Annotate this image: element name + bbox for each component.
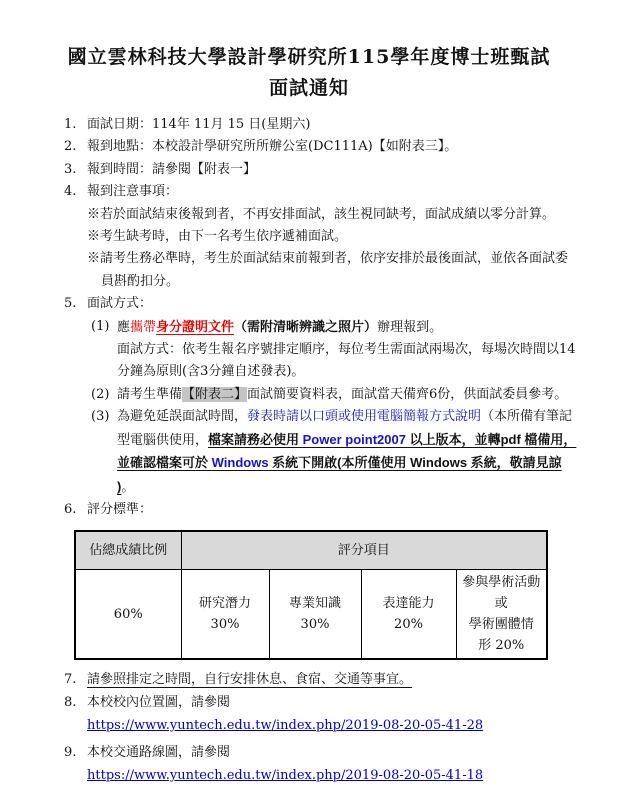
notice-document: 國立雲林科技大學設計學研究所115學年度博士班甄試 面試通知 1. 面試日期：1…	[0, 0, 618, 800]
id-document-line: 應攜帶身分證明文件（需附清晰辨識之照片）辦理報到。	[117, 316, 580, 339]
header-total-ratio: 佔總成績比例	[75, 531, 181, 570]
list-item-7: 7. 請參照排定之時間，自行安排休息、食宿、交通等事宜。	[64, 669, 580, 691]
cell-academic-activities: 參與學術活動或 學術團體情 形 20%	[456, 570, 547, 660]
list-item-1: 1. 面試日期：114年 11月 15 日(星期六)	[64, 114, 580, 136]
campus-map-link[interactable]: https://www.yuntech.edu.tw/index.php/201…	[87, 718, 483, 733]
traffic-route-label: 本校交通路線圖，請參閱	[87, 742, 580, 764]
interview-method-label: 面試方式：	[87, 293, 580, 315]
campus-map-label: 本校校內位置圖，請參閱	[87, 692, 580, 714]
attachment2-line: 請考生準備【附表二】面試簡要資料表，面試當天備齊6份，供面試委員參考。	[117, 384, 580, 406]
list-item-2: 2. 報到地點：本校設計學研究所所辦公室(DC111A)【如附表三】。	[64, 136, 580, 158]
presentation-method-blue: 發表時請以口頭或使用電腦簡報方式說明	[247, 409, 481, 424]
scoring-table-data-row: 60% 研究潛力 30% 專業知識 30% 表達能力 20% 參與學術活動或 學…	[75, 570, 547, 660]
sub-item-1: (1) 應攜帶身分證明文件（需附清晰辨識之照片）辦理報到。 面試方式：依考生報名…	[91, 316, 580, 384]
text-segment: 檔案請務必使用	[208, 432, 303, 447]
note-punctuality: ※請考生務必準時，考生於面試結束前報到者，依序安排於最後面試，並依各面試委員斟酌…	[87, 248, 580, 293]
notice-body: 1. 面試日期：114年 11月 15 日(星期六) 2. 報到地點：本校設計學…	[64, 114, 580, 791]
title-line-2: 面試通知	[0, 73, 618, 104]
text-segment: 面試簡要資料表，面試當天備齊6份，供面試委員參考。	[247, 387, 567, 402]
checkin-time: 報到時間：請參閱【附表一】	[87, 159, 580, 181]
cell-professional-knowledge: 專業知識 30%	[269, 570, 361, 660]
sub-item-3: (3) 為避免延誤面試時間，發表時請以口頭或使用電腦簡報方式說明（本所備有筆記型…	[91, 406, 580, 499]
list-item-3: 3. 報到時間：請參閱【附表一】	[64, 159, 580, 181]
list-item-9: 9. 本校交通路線圖，請參閱 https://www.yuntech.edu.t…	[64, 742, 580, 792]
item-number: 6.	[64, 499, 87, 521]
interview-order-line: 面試方式：依考生報名序號排定順序，每位考生需面試兩場次，每場次時間以14分鐘為原…	[117, 339, 580, 384]
page-title: 國立雲林科技大學設計學研究所115學年度博士班甄試 面試通知	[0, 0, 618, 104]
text-segment: 請考生準備	[117, 387, 182, 402]
cell-research-potential: 研究潛力 30%	[181, 570, 269, 660]
windows-blue: Windows	[212, 455, 269, 470]
cell-expression-ability: 表達能力 20%	[361, 570, 456, 660]
list-item-5: 5. 面試方式： (1) 應攜帶身分證明文件（需附清晰辨識之照片）辦理報到。 面…	[64, 293, 580, 499]
checkin-location: 報到地點：本校設計學研究所所辦公室(DC111A)【如附表三】。	[87, 136, 580, 158]
list-item-4: 4. 報到注意事項： ※若於面試結束後報到者，不再安排面試，該生視同缺考，面試成…	[64, 181, 580, 293]
text-segment: 辦理報到。	[377, 320, 442, 335]
note-late-checkin: ※若於面試結束後報到者，不再安排面試，該生視同缺考，面試成績以零分計算。	[87, 204, 580, 226]
text-segment: 為避免延誤面試時間，	[117, 409, 247, 424]
sub-number: (1)	[91, 316, 117, 338]
item-number: 4.	[64, 181, 87, 203]
item-number: 3.	[64, 159, 87, 181]
scoring-criteria-label: 評分標準：	[87, 499, 580, 521]
note-absent: ※考生缺考時，由下一名考生依序遞補面試。	[87, 226, 580, 248]
sub-number: (2)	[91, 384, 117, 406]
self-arrangement-note: 請參照排定之時間，自行安排休息、食宿、交通等事宜。	[87, 669, 580, 691]
cell-total-ratio: 60%	[75, 570, 181, 660]
photo-requirement-bold: （需附清晰辨識之照片）	[234, 319, 377, 334]
title-line-1: 國立雲林科技大學設計學研究所115學年度博士班甄試	[0, 42, 618, 73]
presentation-format-line: 為避免延誤面試時間，發表時請以口頭或使用電腦簡報方式說明（本所備有筆記型電腦供使…	[117, 406, 580, 499]
sub-item-2: (2) 請考生準備【附表二】面試簡要資料表，面試當天備齊6份，供面試委員參考。	[91, 384, 580, 406]
text-segment: 。	[121, 480, 134, 495]
list-item-8: 8. 本校校內位置圖，請參閱 https://www.yuntech.edu.t…	[64, 692, 580, 742]
attachment2-highlight: 【附表二】	[182, 387, 247, 402]
item-number: 5.	[64, 293, 87, 315]
scoring-table: 佔總成績比例 評分項目 60% 研究潛力 30% 專業知識 30% 表達能力 2…	[74, 530, 548, 660]
item-number: 2.	[64, 136, 87, 158]
checkin-notes-label: 報到注意事項：	[87, 181, 580, 203]
carry-text-red: 攜帶	[130, 320, 156, 335]
item-number: 9.	[64, 742, 87, 764]
scoring-table-header-row: 佔總成績比例 評分項目	[75, 531, 547, 570]
item-number: 8.	[64, 692, 87, 714]
sub-number: (3)	[91, 406, 117, 428]
traffic-route-link[interactable]: https://www.yuntech.edu.tw/index.php/201…	[87, 768, 483, 783]
text-segment: 應	[117, 320, 130, 335]
item-number: 7.	[64, 669, 87, 691]
list-item-6: 6. 評分標準：	[64, 499, 580, 521]
header-scoring-items: 評分項目	[181, 531, 547, 570]
item-number: 1.	[64, 114, 87, 136]
id-document-red-underline: 身分證明文件	[156, 319, 234, 334]
interview-date: 面試日期：114年 11月 15 日(星期六)	[87, 114, 580, 136]
powerpoint-version-blue: Power point2007	[303, 432, 406, 447]
